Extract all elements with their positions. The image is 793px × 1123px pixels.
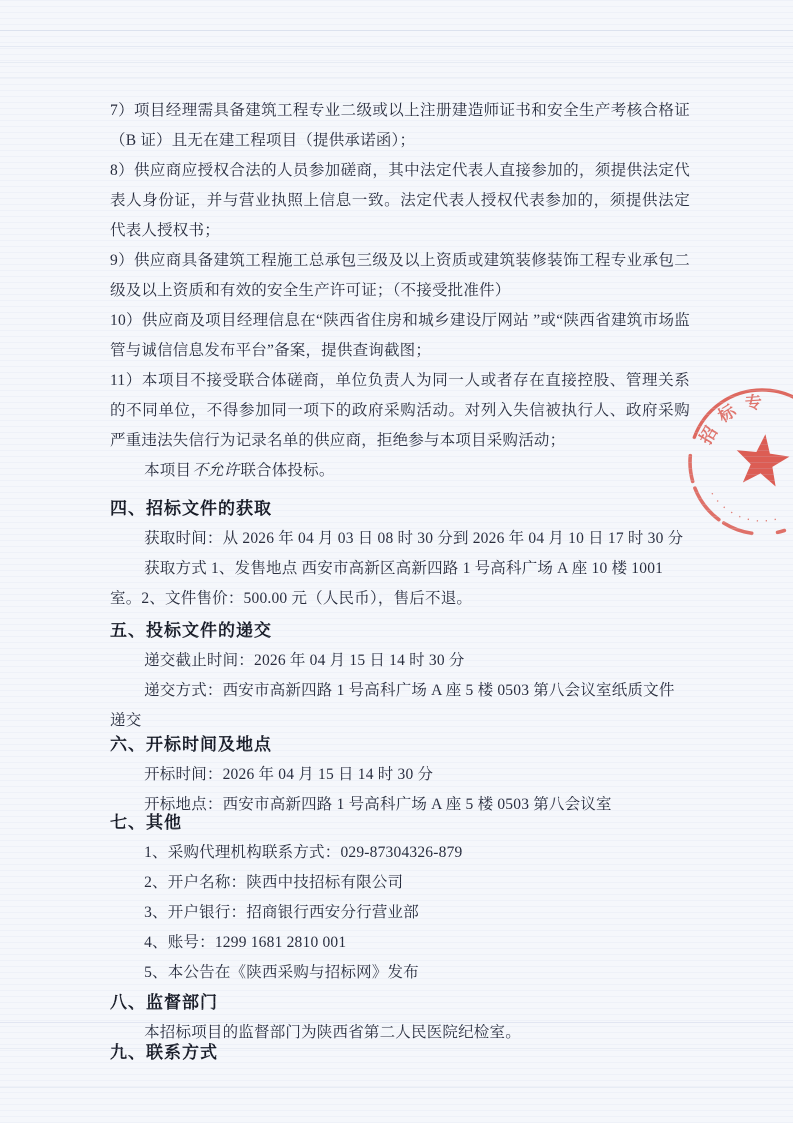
note-suffix: 联合体投标。 <box>240 462 334 479</box>
scan-artifact-line <box>0 1048 793 1049</box>
submit-method: 递交方式：西安市高新四路 1 号高科广场 A 座 5 楼 0503 第八会议室纸… <box>110 676 690 736</box>
acquire-method: 获取方式 1、发售地点 西安市高新区高新四路 1 号高科广场 A 座 10 楼 … <box>110 554 690 614</box>
seal-arc-text: 招标专 <box>695 391 772 448</box>
section-4-heading: 四、招标文件的获取 <box>110 494 690 524</box>
clause-8: 8）供应商应授权合法的人员参加磋商，其中法定代表人直接参加的，须提供法定代表人身… <box>110 156 690 246</box>
scan-artifact-line <box>0 77 793 78</box>
scan-artifact-line <box>0 62 793 63</box>
acquire-time: 获取时间：从 2026 年 04 月 03 日 08 时 30 分到 2026 … <box>110 524 690 554</box>
clause-11: 11）本项目不接受联合体磋商，单位负责人为同一人或者存在直接控股、管理关系的不同… <box>110 366 690 456</box>
note-prefix: 本项目 <box>144 462 191 479</box>
seal-star-icon <box>733 431 792 488</box>
scanned-document-page: 7）项目经理需具备建筑工程专业二级或以上注册建造师证书和安全生产考核合格证（B … <box>0 0 793 1123</box>
scan-artifact-line <box>0 1087 793 1088</box>
document-body: 7）项目经理需具备建筑工程专业二级或以上注册建造师证书和安全生产考核合格证（B … <box>110 96 690 1068</box>
other-item-publish-site: 5、本公告在《陕西采购与招标网》发布 <box>110 958 690 988</box>
clause-9: 9）供应商具备建筑工程施工总承包三级及以上资质或建筑装修装饰工程专业承包二级及以… <box>110 246 690 306</box>
red-tender-seal: 招标专 · · · · · · · · · <box>673 362 793 562</box>
svg-text:招标专: 招标专 <box>695 391 772 448</box>
clause-10: 10）供应商及项目经理信息在“陕西省住房和城乡建设厅网站 ”或“陕西省建筑市场监… <box>110 306 690 366</box>
section-5-heading: 五、投标文件的递交 <box>110 616 690 646</box>
opening-time: 开标时间：2026 年 04 月 15 日 14 时 30 分 <box>110 760 690 790</box>
clause-7: 7）项目经理需具备建筑工程专业二级或以上注册建造师证书和安全生产考核合格证（B … <box>110 96 690 156</box>
opening-place: 开标地点：西安市高新四路 1 号高科广场 A 座 5 楼 0503 第八会议室 <box>110 790 690 820</box>
other-item-bank: 3、开户银行：招商银行西安分行营业部 <box>110 898 690 928</box>
scan-artifact-line <box>0 1022 793 1023</box>
scan-artifact-line <box>0 30 793 31</box>
submit-deadline: 递交截止时间：2026 年 04 月 15 日 14 时 30 分 <box>110 646 690 676</box>
scan-artifact-line <box>0 46 793 47</box>
other-item-account-name: 2、开户名称：陕西中技招标有限公司 <box>110 868 690 898</box>
section-8-heading: 八、监督部门 <box>110 988 690 1018</box>
no-consortium-note: 本项目不允许联合体投标。 <box>110 456 690 486</box>
other-item-account-number: 4、账号：1299 1681 2810 001 <box>110 928 690 958</box>
section-6-heading: 六、开标时间及地点 <box>110 730 690 760</box>
other-item-contact: 1、采购代理机构联系方式：029-87304326-879 <box>110 838 690 868</box>
note-emphasis: 不允许 <box>191 462 240 479</box>
